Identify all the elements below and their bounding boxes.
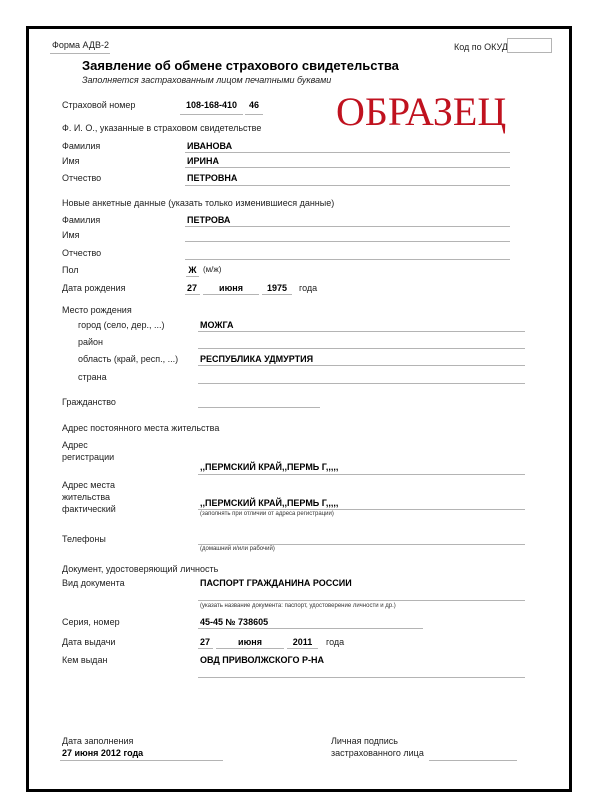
new-name-label: Имя [62, 230, 80, 240]
old-surname-label: Фамилия [62, 141, 100, 151]
form-name-underline [50, 53, 110, 54]
issue-month-underline [216, 648, 284, 649]
phones-underline [198, 544, 525, 545]
birth-month-underline [203, 294, 259, 295]
insurance-control-value[interactable]: 46 [245, 100, 263, 110]
issue-year-underline [287, 648, 318, 649]
actual-address-underline [198, 509, 525, 510]
issue-year-suffix: года [326, 637, 344, 647]
birthplace-city-underline [198, 331, 525, 332]
birth-year-underline [262, 294, 292, 295]
sample-stamp: ОБРАЗЕЦ [336, 88, 506, 135]
old-name-value[interactable]: ИРИНА [187, 156, 219, 166]
insurance-control-underline [245, 114, 263, 115]
doc-series-underline [198, 628, 423, 629]
doc-series-value[interactable]: 45-45 № 738605 [200, 617, 268, 627]
actual-address-label-2: жительства [62, 492, 110, 502]
new-name-underline [185, 241, 510, 242]
birth-year-value[interactable]: 1975 [262, 283, 292, 293]
old-name-label: Имя [62, 156, 80, 166]
page-subtitle: Заполняется застрахованным лицом печатны… [82, 75, 331, 85]
actual-address-value[interactable]: ,,ПЕРМСКИЙ КРАЙ,,ПЕРМЬ Г,,,,, [200, 498, 338, 508]
issue-date-label: Дата выдачи [62, 637, 115, 647]
fill-date-value[interactable]: 27 июня 2012 года [62, 748, 143, 758]
issuer-value[interactable]: ОВД ПРИВОЛЖСКОГО Р-НА [200, 655, 324, 665]
doc-series-label: Серия, номер [62, 617, 120, 627]
reg-address-underline [198, 474, 525, 475]
new-surname-value[interactable]: ПЕТРОВА [187, 215, 230, 225]
birthplace-country-label: страна [78, 372, 107, 382]
actual-address-note: (заполнять при отличии от адреса регистр… [200, 511, 334, 517]
reg-address-label-2: регистрации [62, 452, 114, 462]
okud-input[interactable] [507, 38, 552, 53]
sex-label: Пол [62, 265, 79, 275]
fill-date-label: Дата заполнения [62, 736, 133, 746]
old-name-underline [185, 167, 510, 168]
new-patronymic-label: Отчество [62, 248, 101, 258]
old-patronymic-underline [185, 185, 510, 186]
doc-type-value[interactable]: ПАСПОРТ ГРАЖДАНИНА РОССИИ [200, 578, 352, 588]
birth-day-underline [185, 294, 200, 295]
insurance-number-value[interactable]: 108-168-410 [180, 100, 243, 110]
old-patronymic-value[interactable]: ПЕТРОВНА [187, 173, 237, 183]
new-data-heading: Новые анкетные данные (указать только из… [62, 198, 334, 208]
issue-day-value[interactable]: 27 [200, 637, 214, 647]
birth-day-value[interactable]: 27 [187, 283, 201, 293]
birthplace-country-underline [198, 383, 525, 384]
old-patronymic-label: Отчество [62, 173, 101, 183]
birthplace-region-value[interactable]: РЕСПУБЛИКА УДМУРТИЯ [200, 354, 313, 364]
address-heading: Адрес постоянного места жительства [62, 423, 219, 433]
citizenship-underline [198, 407, 320, 408]
birth-year-suffix: года [299, 283, 317, 293]
reg-address-value[interactable]: ,,ПЕРМСКИЙ КРАЙ,,ПЕРМЬ Г,,,,, [200, 462, 338, 472]
old-surname-value[interactable]: ИВАНОВА [187, 141, 232, 151]
birthplace-region-underline [198, 365, 525, 366]
phones-label: Телефоны [62, 534, 106, 544]
issuer-underline [198, 677, 525, 678]
insurance-number-underline [180, 114, 243, 115]
sex-underline [186, 276, 199, 277]
birthplace-city-label: город (село, дер., ...) [78, 320, 164, 330]
birthplace-district-underline [198, 348, 525, 349]
issue-month-value[interactable]: июня [216, 637, 284, 647]
new-surname-underline [185, 226, 510, 227]
old-fio-heading: Ф. И. О., указанные в страховом свидетел… [62, 123, 261, 133]
signature-label-1: Личная подпись [331, 736, 398, 746]
doc-type-note: (указать название документа: паспорт, уд… [200, 603, 396, 609]
birthplace-district-label: район [78, 337, 103, 347]
okud-label: Код по ОКУД [454, 42, 508, 52]
issue-year-value[interactable]: 2011 [287, 637, 318, 647]
issue-day-underline [198, 648, 213, 649]
old-surname-underline [185, 152, 510, 153]
actual-address-label-1: Адрес места [62, 480, 115, 490]
fill-date-underline [60, 760, 223, 761]
signature-label-2: застрахованного лица [331, 748, 424, 758]
reg-address-label-1: Адрес [62, 440, 88, 450]
birth-month-value[interactable]: июня [203, 283, 259, 293]
birthplace-city-value[interactable]: МОЖГА [200, 320, 234, 330]
birth-date-label: Дата рождения [62, 283, 126, 293]
actual-address-label-3: фактический [62, 504, 116, 514]
insurance-number-label: Страховой номер [62, 100, 135, 110]
birthplace-region-label: область (край, респ., ...) [78, 354, 178, 364]
sex-value[interactable]: Ж [186, 265, 199, 275]
phones-note: (домашний и/или рабочий) [200, 546, 275, 552]
citizenship-label: Гражданство [62, 397, 116, 407]
page-title: Заявление об обмене страхового свидетель… [82, 58, 399, 73]
sex-hint: (м/ж) [203, 265, 221, 274]
new-surname-label: Фамилия [62, 215, 100, 225]
form-name: Форма АДВ-2 [52, 40, 109, 50]
doc-type-label: Вид документа [62, 578, 125, 588]
doc-type-underline [198, 600, 525, 601]
new-patronymic-underline [185, 259, 510, 260]
id-document-heading: Документ, удостоверяющий личность [62, 564, 218, 574]
signature-underline [429, 760, 517, 761]
birthplace-heading: Место рождения [62, 305, 132, 315]
issuer-label: Кем выдан [62, 655, 107, 665]
